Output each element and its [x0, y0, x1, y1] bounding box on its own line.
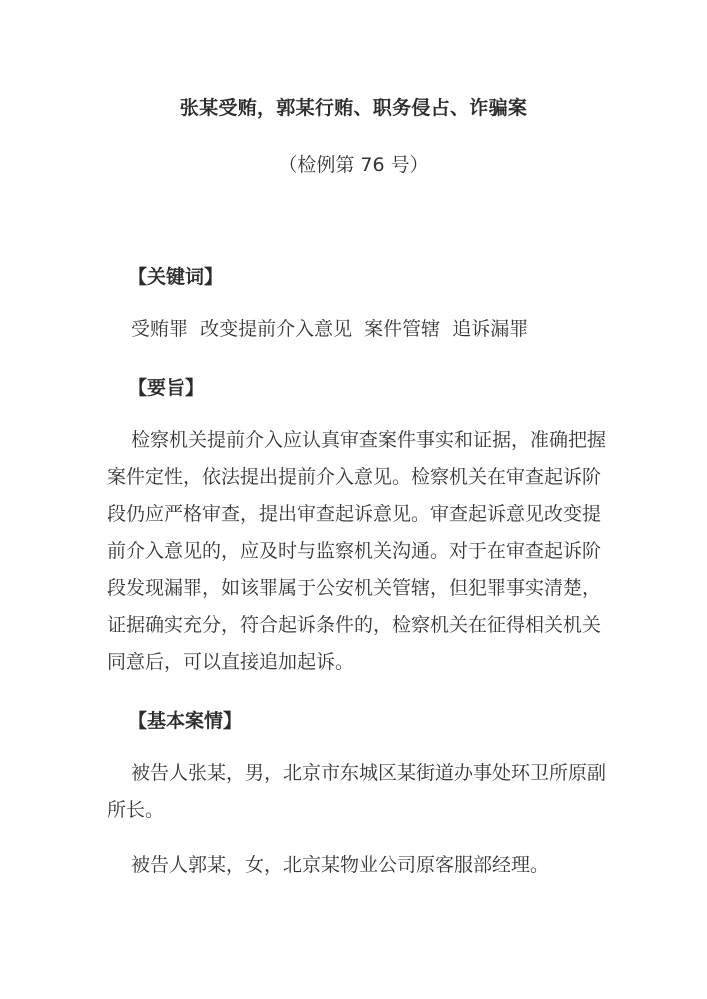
gist-paragraph: 检察机关提前介入应认真审查案件事实和证据，准确把握 案件定性，依法提出提前介入意…	[107, 422, 603, 681]
keywords-text: 受贿罪 改变提前介入意见 案件管辖 追诉漏罪	[107, 311, 603, 348]
gist-line: 前介入意见的，应及时与监察机关沟通。对于在审查起诉阶	[107, 533, 603, 570]
keywords-line: 受贿罪 改变提前介入意见 案件管辖 追诉漏罪	[107, 311, 603, 348]
document-title: 张某受贿，郭某行贿、职务侵占、诈骗案	[0, 93, 707, 120]
gist-line: 检察机关提前介入应认真审查案件事实和证据，准确把握	[107, 422, 603, 459]
heading-gist: 【要旨】	[128, 373, 204, 400]
heading-basic-facts: 【基本案情】	[128, 706, 242, 733]
document-subtitle: （检例第 76 号）	[0, 150, 707, 177]
gist-line: 段仍应严格审查，提出审查起诉意见。审查起诉意见改变提	[107, 496, 603, 533]
heading-keywords: 【关键词】	[128, 262, 223, 289]
gist-line: 段发现漏罪，如该罪属于公安机关管辖，但犯罪事实清楚，	[107, 570, 603, 607]
gist-line: 案件定性，依法提出提前介入意见。检察机关在审查起诉阶	[107, 459, 603, 496]
defendant-line: 被告人张某，男，北京市东城区某街道办事处环卫所原副	[107, 755, 603, 792]
defendant-line: 被告人郭某，女，北京某物业公司原客服部经理。	[107, 847, 603, 884]
defendant-guo-paragraph: 被告人郭某，女，北京某物业公司原客服部经理。	[107, 847, 603, 884]
gist-line: 证据确实充分，符合起诉条件的，检察机关在征得相关机关	[107, 607, 603, 644]
defendant-line: 所长。	[107, 792, 603, 829]
gist-line: 同意后，可以直接追加起诉。	[107, 644, 603, 681]
defendant-zhang-paragraph: 被告人张某，男，北京市东城区某街道办事处环卫所原副 所长。	[107, 755, 603, 829]
